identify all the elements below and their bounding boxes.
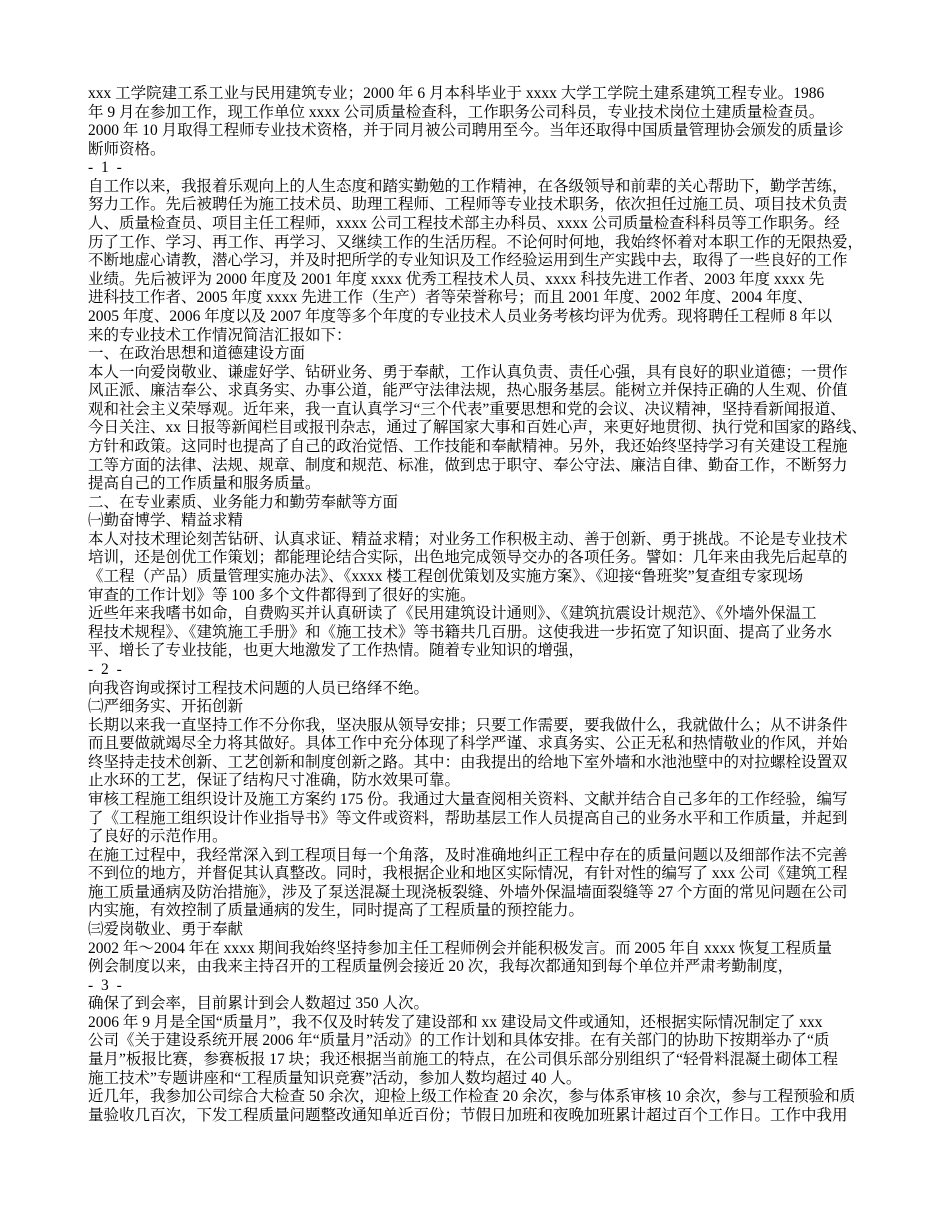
text-line: 二、在专业素质、业务能力和勤劳奉献等方面: [88, 494, 888, 513]
text-line: 长期以来我一直坚持工作不分你我，坚决服从领导安排；只要工作需要，要我做什么，我就…: [88, 717, 888, 736]
text-line: 审查的工作计划》等 100 多个文件都得到了很好的实施。: [88, 587, 888, 606]
text-line: 平、增长了专业技能，也更大地激发了工作热情。随着专业知识的增强，: [88, 642, 888, 661]
text-line: 来的专业技术工作情况简洁汇报如下：: [88, 327, 888, 346]
document-page: xxx 工学院建工系工业与民用建筑专业；2000 年 6 月本科毕业于 xxxx…: [0, 0, 950, 1230]
text-line: 一、在政治思想和道德建设方面: [88, 345, 888, 364]
text-line: 在施工过程中，我经常深入到工程项目每一个角落，及时准确地纠正工程中存在的质量问题…: [88, 847, 888, 866]
text-line: 近几年，我参加公司综合大检查 50 余次，迎检上级工作检查 20 余次，参与体系…: [88, 1088, 888, 1107]
text-line: 止水环的工艺，保证了结构尺寸准确，防水效果可靠。: [88, 772, 888, 791]
text-line: 确保了到会率，目前累计到会人数超过 350 人次。: [88, 995, 888, 1014]
text-line: 培训，还是创优工作策划；都能理论结合实际，出色地完成领导交办的各项任务。譬如：几…: [88, 549, 888, 568]
text-line: 而且要做就竭尽全力将其做好。具体工作中充分体现了科学严谨、求真务实、公正无私和热…: [88, 735, 888, 754]
text-line: 方针和政策。这同时也提高了自己的政治觉悟、工作技能和奉献精神。另外，我还始终坚持…: [88, 438, 888, 457]
text-line: 努力工作。先后被聘任为施工技术员、助理工程师、工程师等专业技术职务，依次担任过施…: [88, 196, 888, 215]
text-line: 审核工程施工组织设计及施工方案约 175 份。我通过大量查阅相关资料、文献并结合…: [88, 791, 888, 810]
page-number-marker: - 3 -: [88, 977, 888, 996]
text-line: 自工作以来，我报着乐观向上的人生态度和踏实勤勉的工作精神，在各级领导和前辈的关心…: [88, 178, 888, 197]
text-line: 例会制度以来，由我来主持召开的工程质量例会接近 20 次，我每次都通知到每个单位…: [88, 958, 888, 977]
text-line: 终坚持走技术创新、工艺创新和制度创新之路。其中：由我提出的给地下室外墙和水池池壁…: [88, 754, 888, 773]
text-line: 施工质量通病及防治措施》，涉及了泵送混凝土现浇板裂缝、外墙外保温墙面裂缝等 27…: [88, 884, 888, 903]
text-line: 今日关注、xx 日报等新闻栏目或报刊杂志，通过了解国家大事和百姓心声，来更好地贯…: [88, 419, 888, 438]
text-line: 不到位的地方，并督促其认真整改。同时，我根据企业和地区实际情况，有针对性的编写了…: [88, 865, 888, 884]
text-line: 提高自己的工作质量和服务质量。: [88, 475, 888, 494]
text-line: xxx 工学院建工系工业与民用建筑专业；2000 年 6 月本科毕业于 xxxx…: [88, 85, 888, 104]
text-line: 公司《关于建设系统开展 2006 年“质量月”活动》的工作计划和具体安排。在有关…: [88, 1032, 888, 1051]
text-line: 内实施，有效控制了质量通病的发生，同时提高了工程质量的预控能力。: [88, 902, 888, 921]
text-line: 《工程（产品）质量管理实施办法》、《xxxx 楼工程创优策划及实施方案》、《迎接…: [88, 568, 888, 587]
text-line: 工等方面的法律、法规、规章、制度和规范、标准，做到忠于职守、奉公守法、廉洁自律、…: [88, 457, 888, 476]
text-line: 本人对技术理论刻苦钻研、认真求证、精益求精；对业务工作积极主动、善于创新、勇于挑…: [88, 531, 888, 550]
text-line: 向我咨询或探讨工程技术问题的人员已络绎不绝。: [88, 680, 888, 699]
text-line: 2005 年度、2006 年度以及 2007 年度等多个年度的专业技术人员业务考…: [88, 308, 888, 327]
text-line: ㈡严细务实、开拓创新: [88, 698, 888, 717]
text-line: 进科技工作者、2005 年度 xxxx 先进工作（生产）者等荣誉称号；而且 20…: [88, 289, 888, 308]
text-line: 风正派、廉洁奉公、求真务实、办事公道，能严守法律法规，热心服务基层。能树立并保持…: [88, 382, 888, 401]
text-line: 施工技术”专题讲座和“工程质量知识竞赛”活动，参加人数均超过 40 人。: [88, 1070, 888, 1089]
text-line: 本人一向爱岗敬业、谦虚好学、钻研业务、勇于奉献，工作认真负责、责任心强，具有良好…: [88, 364, 888, 383]
page-number-marker: - 1 -: [88, 159, 888, 178]
text-line: 不断地虚心请教，潜心学习，并及时把所学的专业知识及工作经验运用到生产实践中去，取…: [88, 252, 888, 271]
text-line: 人、质量检查员、项目主任工程师，xxxx 公司工程技术部主办科员、xxxx 公司…: [88, 215, 888, 234]
text-line: 量月”板报比赛，参赛板报 17 块；我还根据当前施工的特点，在公司俱乐部分别组织…: [88, 1051, 888, 1070]
page-number-marker: - 2 -: [88, 661, 888, 680]
text-line: ㈠勤奋博学、精益求精: [88, 512, 888, 531]
text-line: 了《工程施工组织设计作业指导书》等文件或资料，帮助基层工作人员提高自己的业务水平…: [88, 810, 888, 829]
text-line: 2000 年 10 月取得工程师专业技术资格，并于同月被公司聘用至今。当年还取得…: [88, 122, 888, 141]
text-line: 2006 年 9 月是全国“质量月”，我不仅及时转发了建设部和 xx 建设局文件…: [88, 1014, 888, 1033]
text-line: 观和社会主义荣辱观。近年来，我一直认真学习“三个代表”重要思想和党的会议、决议精…: [88, 401, 888, 420]
text-line: 2002 年～2004 年在 xxxx 期间我始终坚持参加主任工程师例会并能积极…: [88, 940, 888, 959]
text-line: 业绩。先后被评为 2000 年度及 2001 年度 xxxx 优秀工程技术人员、…: [88, 271, 888, 290]
text-line: 断师资格。: [88, 141, 888, 160]
text-line: 程技术规程》、《建筑施工手册》和《施工技术》等书籍共几百册。这使我进一步拓宽了知…: [88, 624, 888, 643]
text-line: 历了工作、学习、再工作、再学习、又继续工作的生活历程。不论何时何地，我始终怀着对…: [88, 234, 888, 253]
document-body: xxx 工学院建工系工业与民用建筑专业；2000 年 6 月本科毕业于 xxxx…: [88, 85, 888, 1125]
text-line: 近些年来我嗜书如命，自费购买并认真研读了《民用建筑设计通则》、《建筑抗震设计规范…: [88, 605, 888, 624]
text-line: 量验收几百次，下发工程质量问题整改通知单近百份；节假日加班和夜晚加班累计超过百个…: [88, 1107, 888, 1126]
text-line: ㈢爱岗敬业、勇于奉献: [88, 921, 888, 940]
text-line: 了良好的示范作用。: [88, 828, 888, 847]
text-line: 年 9 月在参加工作，现工作单位 xxxx 公司质量检查科，工作职务公司科员，专…: [88, 104, 888, 123]
